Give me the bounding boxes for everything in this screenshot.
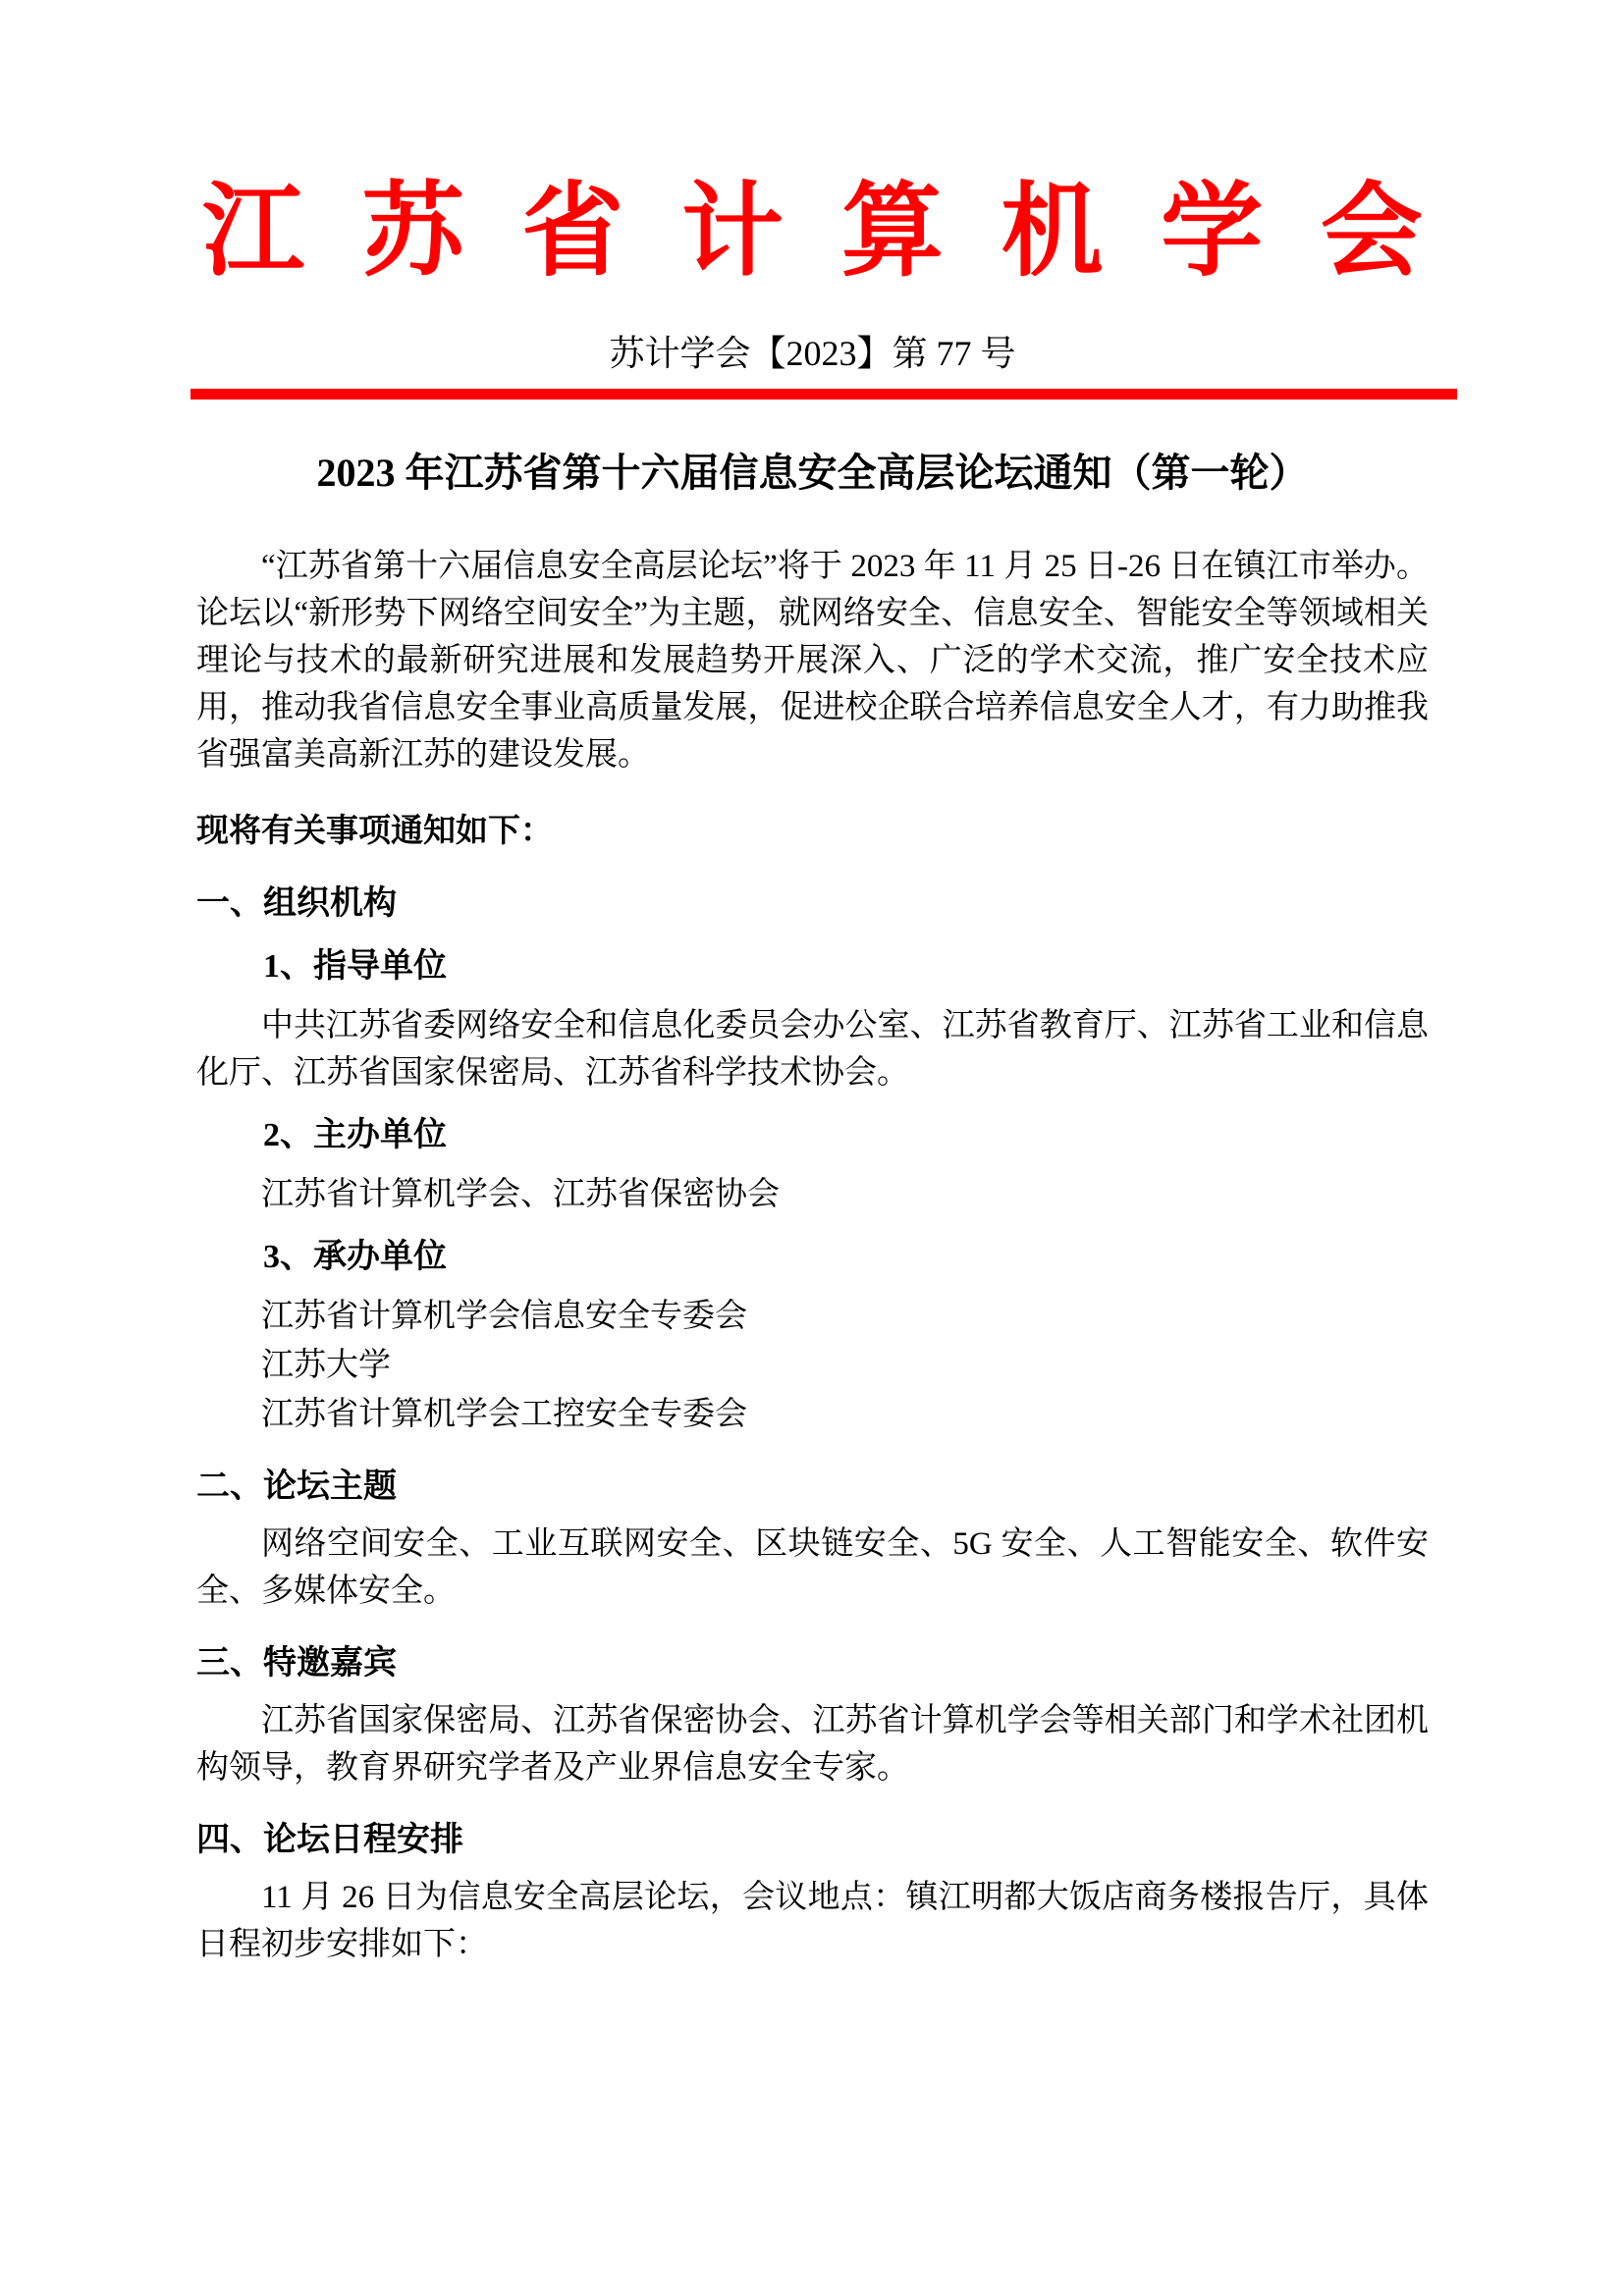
red-divider (190, 389, 1457, 400)
notice-lead: 现将有关事项通知如下： (196, 808, 1429, 855)
document-body: 2023 年江苏省第十六届信息安全高层论坛通知（第一轮） “江苏省第十六届信息安… (196, 449, 1429, 1968)
subsection-1-2-heading: 2、主办单位 (196, 1112, 1429, 1159)
org-title-char: 计 (681, 182, 784, 284)
document-page: 江 苏 省 计 算 机 学 会 苏计学会【2023】第 77 号 2023 年江… (0, 0, 1624, 2296)
directing-units-paragraph: 中共江苏省委网络安全和信息化委员会办公室、江苏省教育厅、江苏省工业和信息化厅、江… (196, 1002, 1429, 1096)
org-title-char: 会 (1321, 182, 1423, 284)
section-3-heading: 三、特邀嘉宾 (196, 1640, 1429, 1687)
org-title-char: 江 (202, 182, 304, 284)
forum-topics-paragraph: 网络空间安全、工业互联网安全、区块链安全、5G 安全、人工智能安全、软件安全、多… (196, 1521, 1429, 1615)
letterhead: 江 苏 省 计 算 机 学 会 苏计学会【2023】第 77 号 (196, 182, 1429, 400)
schedule-paragraph: 11 月 26 日为信息安全高层论坛，会议地点：镇江明都大饭店商务楼报告厅，具体… (196, 1874, 1429, 1968)
section-2-heading: 二、论坛主题 (196, 1464, 1429, 1511)
subsection-1-3-heading: 3、承办单位 (196, 1234, 1429, 1281)
section-4-heading: 四、论坛日程安排 (196, 1817, 1429, 1864)
section-1-heading: 一、组织机构 (196, 881, 1429, 928)
document-title: 2023 年江苏省第十六届信息安全高层论坛通知（第一轮） (196, 449, 1429, 498)
org-title-char: 学 (1161, 182, 1263, 284)
org-title: 江 苏 省 计 算 机 学 会 (202, 182, 1423, 284)
organizer-line: 江苏省计算机学会信息安全专委会 (196, 1293, 1429, 1340)
org-title-char: 省 (521, 182, 623, 284)
host-units-paragraph: 江苏省计算机学会、江苏省保密协会 (196, 1171, 1429, 1218)
invited-guests-paragraph: 江苏省国家保密局、江苏省保密协会、江苏省计算机学会等相关部门和学术社团机构领导，… (196, 1697, 1429, 1791)
org-title-char: 机 (1001, 182, 1104, 284)
org-title-char: 算 (841, 182, 944, 284)
doc-number: 苏计学会【2023】第 77 号 (196, 333, 1429, 375)
org-title-char: 苏 (362, 182, 464, 284)
subsection-1-1-heading: 1、指导单位 (196, 943, 1429, 990)
organizer-line: 江苏大学 (196, 1342, 1429, 1389)
organizer-line: 江苏省计算机学会工控安全专委会 (196, 1391, 1429, 1438)
intro-paragraph: “江苏省第十六届信息安全高层论坛”将于 2023 年 11 月 25 日-26 … (196, 543, 1429, 778)
